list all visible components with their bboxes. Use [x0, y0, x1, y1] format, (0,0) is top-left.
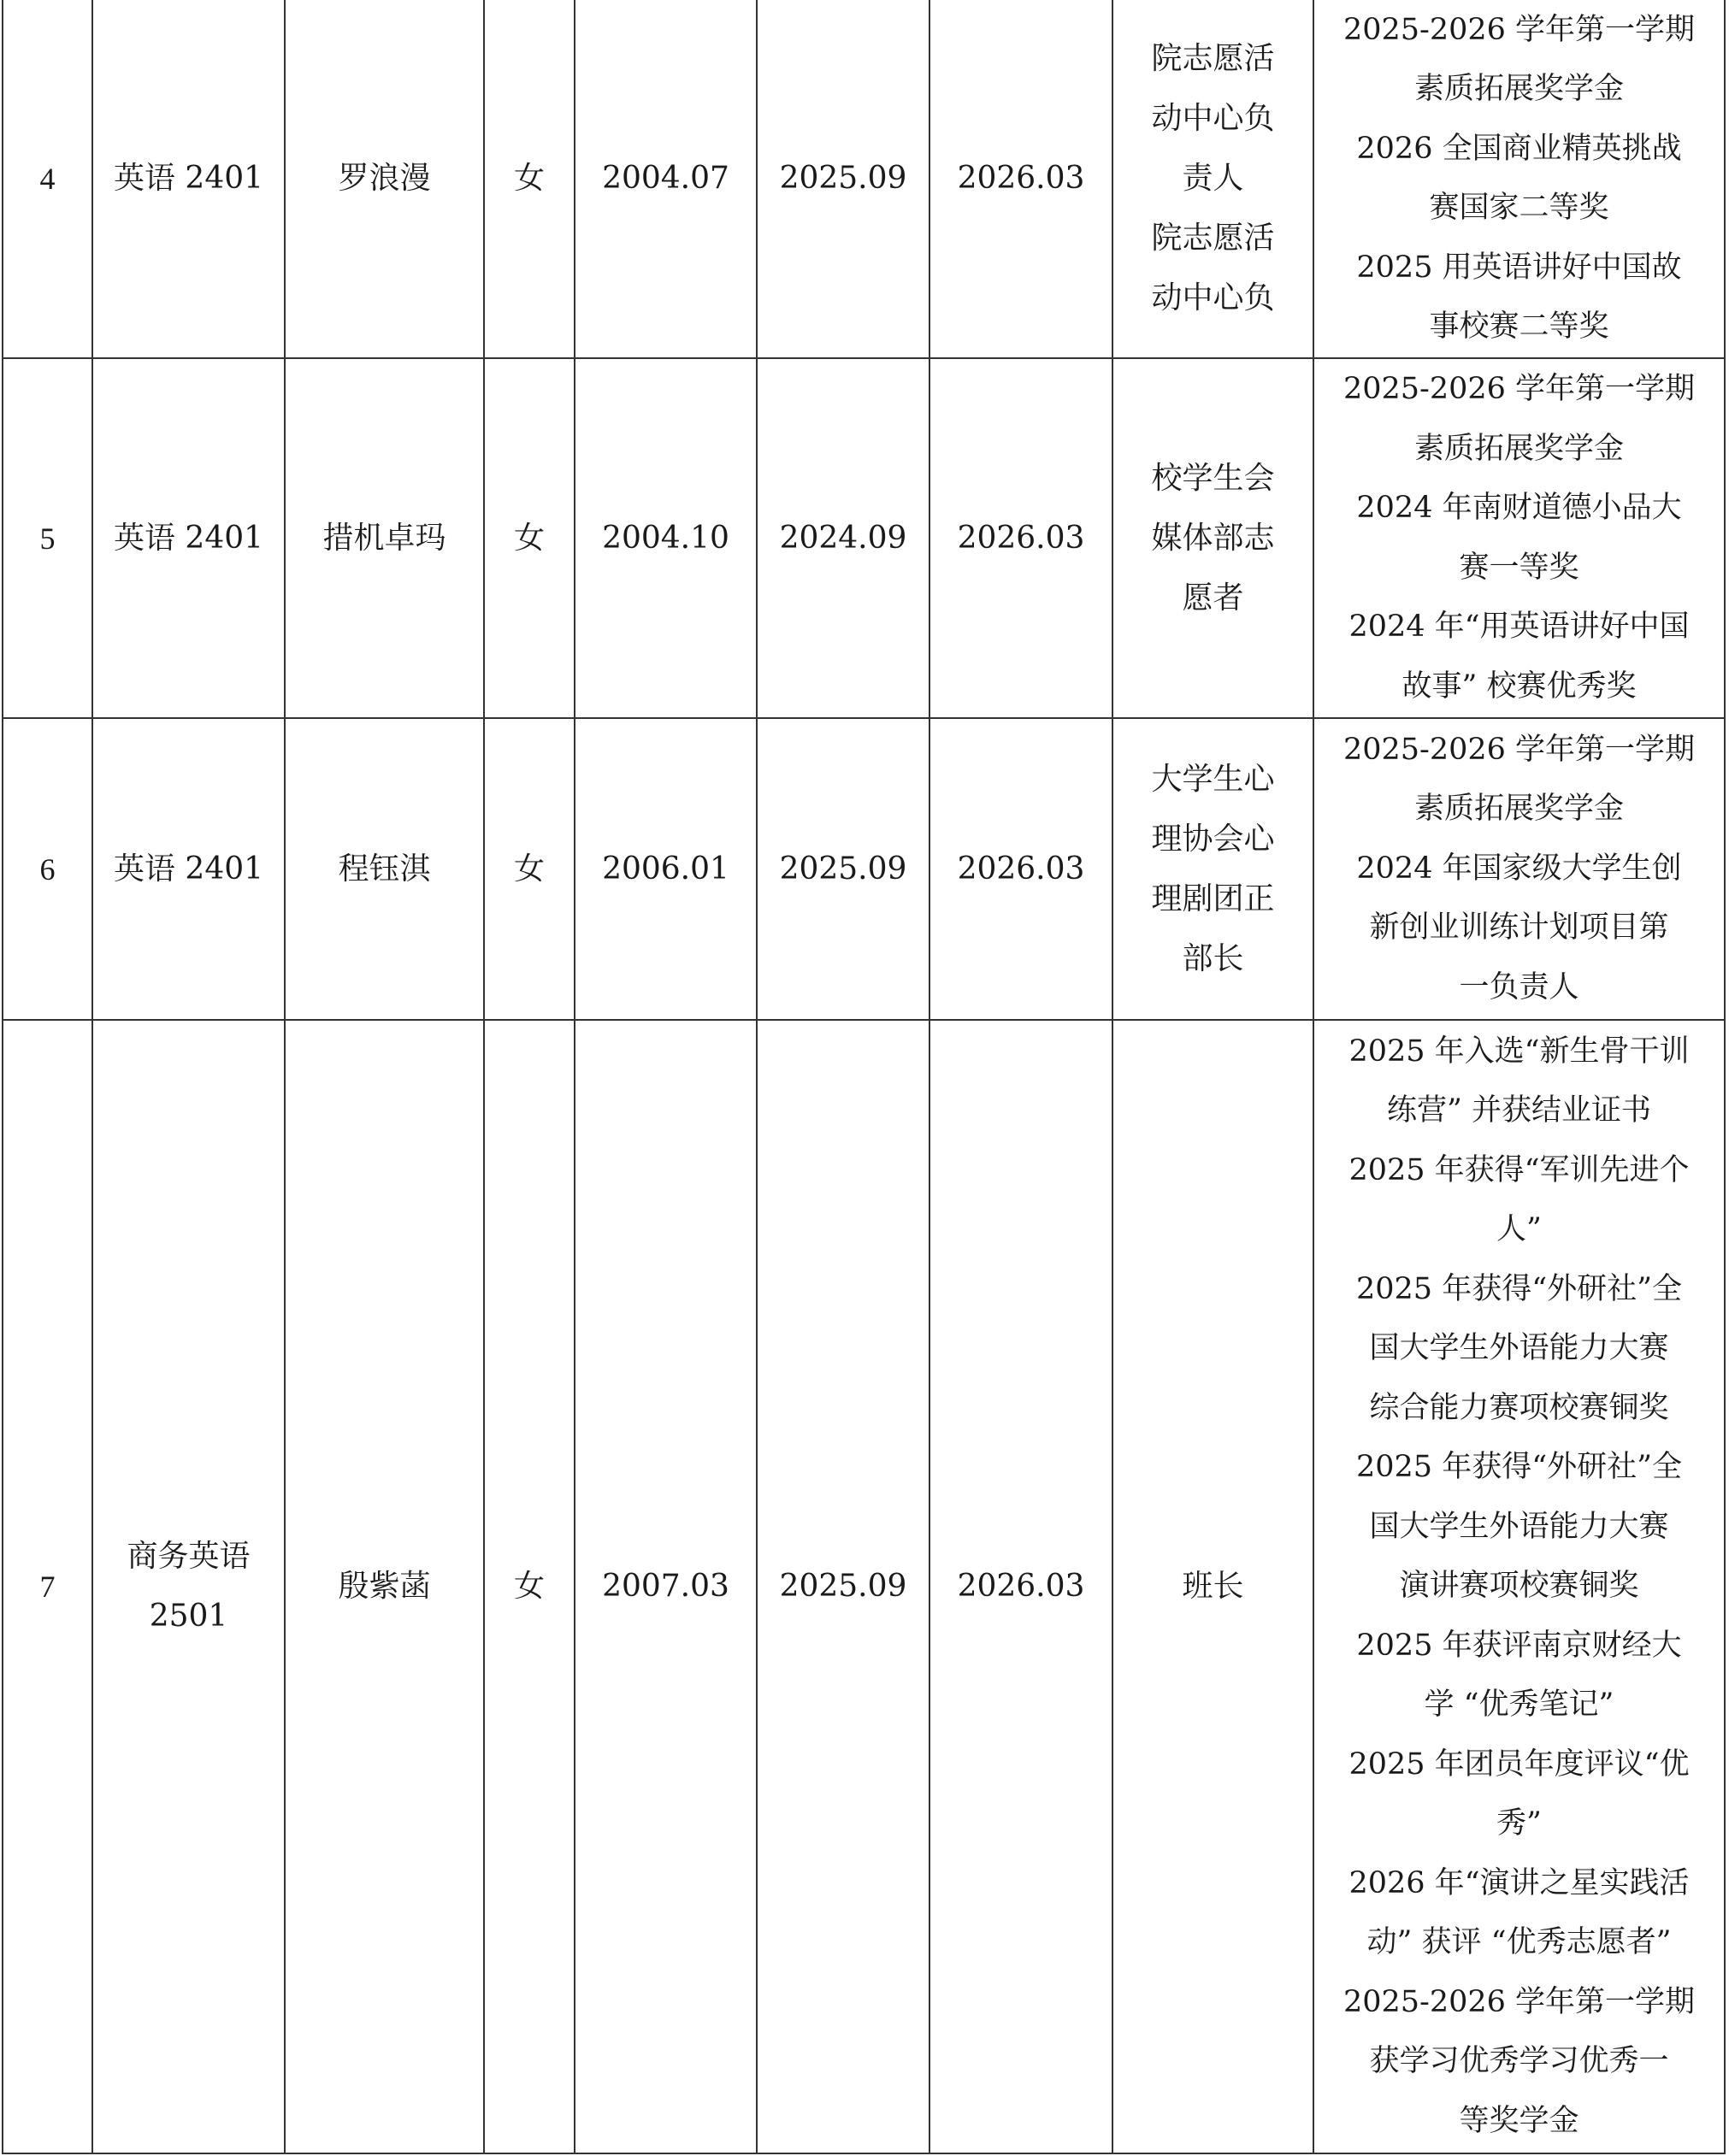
cell-text-line: 练营” 并获结业证书 [1314, 1081, 1724, 1141]
cell-text-line: 动中心负 [1113, 89, 1313, 149]
cell-text-line: 2025 年获得“外研社”全 [1314, 1438, 1724, 1498]
cell-awards: 2025-2026 学年第一学期素质拓展奖学金2026 全国商业精英挑战赛国家二… [1313, 0, 1725, 358]
cell-text-line: 赛国家二等奖 [1314, 179, 1724, 239]
cell-birth-date: 2007.03 [575, 1020, 757, 2153]
cell-text-line: 责人 [1113, 149, 1313, 209]
cell-class: 英语 2401 [92, 718, 285, 1020]
cell-awards: 2025-2026 学年第一学期素质拓展奖学金2024 年南财道德小品大赛一等奖… [1313, 358, 1725, 718]
cell-text-line: 商务英语 [93, 1527, 284, 1587]
cell-text-line: 2025-2026 学年第一学期 [1314, 360, 1724, 420]
cell-gender: 女 [484, 0, 575, 358]
cell-text-line: 动中心负 [1113, 268, 1313, 328]
cell-number: 5 [3, 358, 92, 718]
cell-text-line: 新创业训练计划项目第 [1314, 898, 1724, 958]
cell-text-line: 2025 用英语讲好中国故 [1314, 239, 1724, 298]
cell-text-line: 英语 2401 [93, 839, 284, 899]
cell-birth-date: 2004.10 [575, 358, 757, 718]
cell-name: 措机卓玛 [285, 358, 484, 718]
cell-number: 6 [3, 718, 92, 1020]
cell-text-line: 英语 2401 [93, 509, 284, 568]
cell-text: 女 [485, 509, 574, 568]
cell-text: 程钰淇 [286, 839, 483, 899]
cell-text-line: 2025 年获得“军训先进个 [1314, 1141, 1724, 1201]
cell-gender: 女 [484, 358, 575, 718]
cell-text: 7 [3, 1557, 91, 1617]
cell-role: 校学生会媒体部志愿者 [1112, 358, 1313, 718]
cell-text-line: 事校赛二等奖 [1314, 297, 1724, 357]
cell-text-line: 院志愿活 [1113, 29, 1313, 89]
cell-text-line: 等奖学金 [1314, 2092, 1724, 2152]
cell-text-line: 院志愿活 [1113, 209, 1313, 268]
table-row: 5 英语 2401 措机卓玛 女 2004.10 2024.09 2026.03… [3, 358, 1725, 718]
cell-text-line: 秀” [1314, 1794, 1724, 1854]
cell-text-line: 人” [1314, 1200, 1724, 1260]
cell-text: 6 [3, 839, 91, 899]
cell-text: 2024.09 [758, 509, 929, 568]
cell-text-line: 素质拓展奖学金 [1314, 780, 1724, 839]
cell-text-line: 愿者 [1113, 568, 1313, 628]
cell-role: 院志愿活动中心负责人院志愿活动中心负 [1112, 0, 1313, 358]
cell-text-line: 获学习优秀学习优秀一 [1314, 2032, 1724, 2092]
cell-text-line: 媒体部志 [1113, 509, 1313, 568]
cell-text-line: 理协会心 [1113, 810, 1313, 869]
cell-name: 殷紫菡 [285, 1020, 484, 2153]
student-roster-table: 4 英语 2401 罗浪漫 女 2004.07 2025.09 2026.03 … [2, 0, 1726, 2154]
cell-text-line: 部长 [1113, 929, 1313, 989]
cell-text-line: 班长 [1113, 1557, 1313, 1617]
cell-text: 2025.09 [758, 839, 929, 899]
cell-gender: 女 [484, 718, 575, 1020]
cell-text: 2026.03 [930, 1557, 1112, 1617]
cell-text: 4 [3, 149, 91, 209]
cell-join-date: 2024.09 [757, 358, 929, 718]
cell-text: 2025.09 [758, 1557, 929, 1617]
cell-text: 2006.01 [575, 839, 756, 899]
cell-text-line: 校学生会 [1113, 449, 1313, 509]
cell-join-date: 2025.09 [757, 0, 929, 358]
table-row: 6 英语 2401 程钰淇 女 2006.01 2025.09 2026.03 … [3, 718, 1725, 1020]
cell-end-date: 2026.03 [929, 0, 1112, 358]
cell-text-line: 国大学生外语能力大赛 [1314, 1498, 1724, 1558]
cell-text-line: 大学生心 [1113, 750, 1313, 810]
cell-class: 英语 2401 [92, 0, 285, 358]
cell-number: 7 [3, 1020, 92, 2153]
cell-text-line: 演讲赛项校赛铜奖 [1314, 1557, 1724, 1617]
cell-text: 殷紫菡 [286, 1557, 483, 1617]
cell-text-line: 2025-2026 学年第一学期 [1314, 1973, 1724, 2033]
cell-text-line: 赛一等奖 [1314, 539, 1724, 598]
cell-text-line: 学 “优秀笔记” [1314, 1676, 1724, 1735]
cell-birth-date: 2004.07 [575, 0, 757, 358]
cell-text: 女 [485, 149, 574, 209]
cell-role: 班长 [1112, 1020, 1313, 2153]
table-row: 4 英语 2401 罗浪漫 女 2004.07 2025.09 2026.03 … [3, 0, 1725, 358]
cell-number: 4 [3, 0, 92, 358]
table-row: 7 商务英语2501 殷紫菡 女 2007.03 2025.09 2026.03… [3, 1020, 1725, 2153]
cell-text-line: 素质拓展奖学金 [1314, 60, 1724, 120]
cell-text: 2026.03 [930, 839, 1112, 899]
cell-end-date: 2026.03 [929, 1020, 1112, 2153]
cell-class: 商务英语2501 [92, 1020, 285, 2153]
cell-text: 2026.03 [930, 509, 1112, 568]
cell-awards: 2025 年入选“新生骨干训练营” 并获结业证书2025 年获得“军训先进个人”… [1313, 1020, 1725, 2153]
cell-text: 5 [3, 509, 91, 568]
cell-text: 2004.10 [575, 509, 756, 568]
cell-end-date: 2026.03 [929, 358, 1112, 718]
cell-text-line: 故事” 校赛优秀奖 [1314, 657, 1724, 717]
cell-text: 罗浪漫 [286, 149, 483, 209]
cell-text-line: 一负责人 [1314, 958, 1724, 1018]
cell-text-line: 英语 2401 [93, 149, 284, 209]
cell-text-line: 2025 年获得“外研社”全 [1314, 1260, 1724, 1320]
cell-awards: 2025-2026 学年第一学期素质拓展奖学金2024 年国家级大学生创新创业训… [1313, 718, 1725, 1020]
cell-text-line: 国大学生外语能力大赛 [1314, 1319, 1724, 1379]
cell-text-line: 理剧团正 [1113, 869, 1313, 929]
cell-text: 措机卓玛 [286, 509, 483, 568]
cell-text-line: 素质拓展奖学金 [1314, 420, 1724, 480]
cell-text-line: 动” 获评 “优秀志愿者” [1314, 1913, 1724, 1973]
cell-text-line: 2025-2026 学年第一学期 [1314, 1, 1724, 61]
cell-role: 大学生心理协会心理剧团正部长 [1112, 718, 1313, 1020]
cell-gender: 女 [484, 1020, 575, 2153]
cell-end-date: 2026.03 [929, 718, 1112, 1020]
cell-text-line: 2025 年团员年度评议“优 [1314, 1735, 1724, 1795]
cell-text: 2004.07 [575, 149, 756, 209]
cell-join-date: 2025.09 [757, 1020, 929, 2153]
cell-text-line: 2024 年国家级大学生创 [1314, 839, 1724, 899]
cell-text: 女 [485, 1557, 574, 1617]
cell-join-date: 2025.09 [757, 718, 929, 1020]
cell-text: 2026.03 [930, 149, 1112, 209]
cell-text-line: 2025 年入选“新生骨干训 [1314, 1022, 1724, 1082]
cell-text-line: 2501 [93, 1587, 284, 1646]
cell-name: 程钰淇 [285, 718, 484, 1020]
cell-text-line: 2024 年“用英语讲好中国 [1314, 598, 1724, 657]
cell-name: 罗浪漫 [285, 0, 484, 358]
cell-class: 英语 2401 [92, 358, 285, 718]
cell-text-line: 综合能力赛项校赛铜奖 [1314, 1379, 1724, 1439]
cell-text: 2025.09 [758, 149, 929, 209]
cell-text: 2007.03 [575, 1557, 756, 1617]
cell-text-line: 2026 年“演讲之星实践活 [1314, 1854, 1724, 1914]
cell-text-line: 2025 年获评南京财经大 [1314, 1617, 1724, 1676]
cell-text-line: 2024 年南财道德小品大 [1314, 479, 1724, 539]
cell-text-line: 2026 全国商业精英挑战 [1314, 120, 1724, 180]
cell-text-line: 2025-2026 学年第一学期 [1314, 721, 1724, 781]
cell-birth-date: 2006.01 [575, 718, 757, 1020]
cell-text: 女 [485, 839, 574, 899]
